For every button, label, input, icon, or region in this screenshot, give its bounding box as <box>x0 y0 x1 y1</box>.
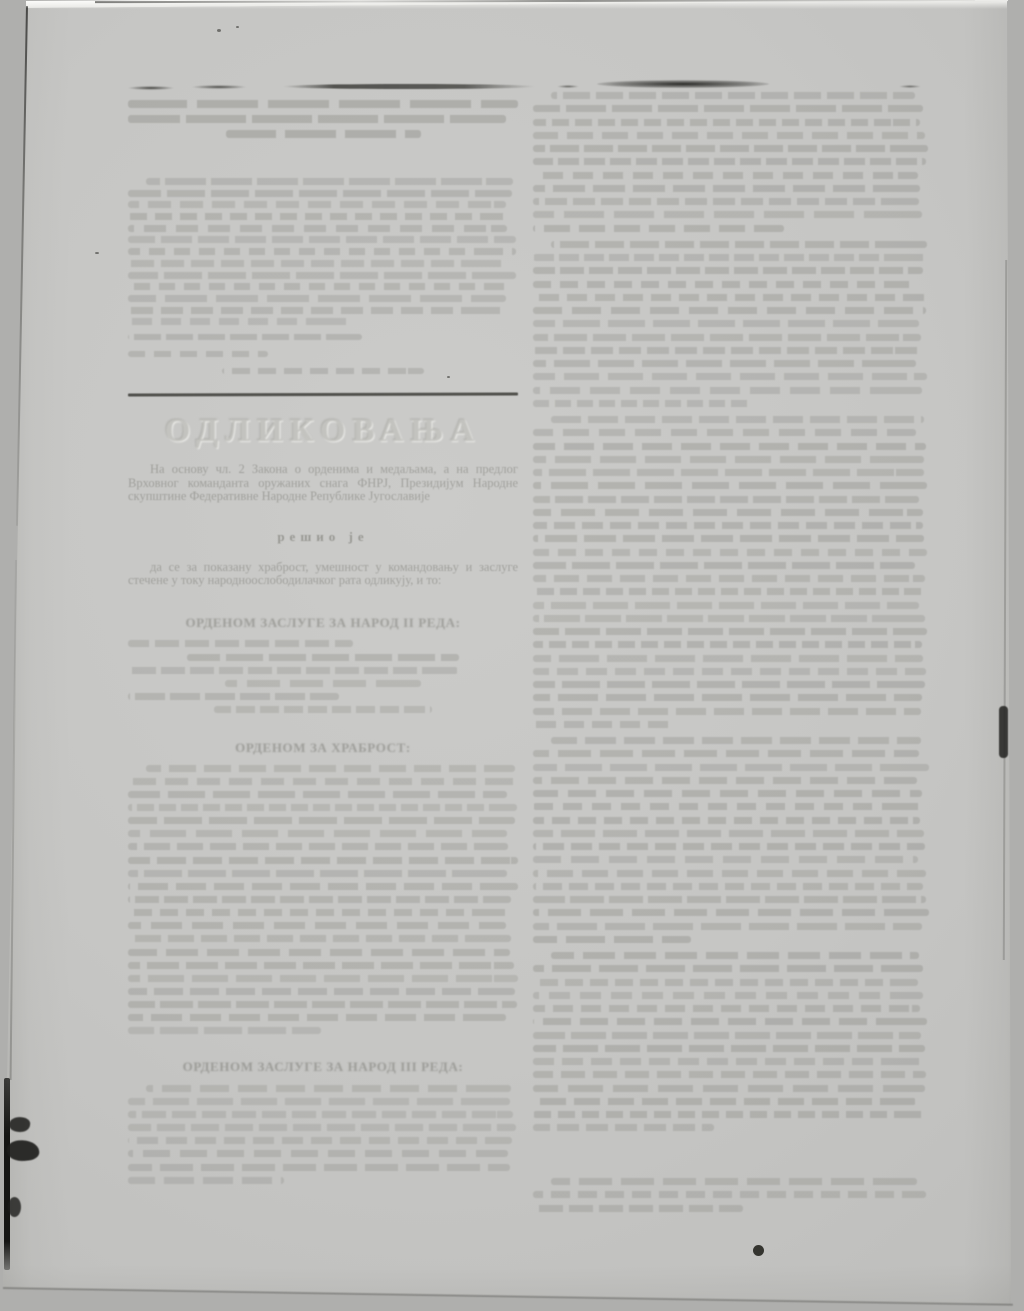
faded-text-line <box>128 225 507 232</box>
faded-text-line <box>533 641 922 648</box>
resolution-body: да се за показану храброст, умешност у к… <box>128 561 518 587</box>
ink-smudge-rule <box>128 86 174 90</box>
faded-text-line <box>533 602 919 609</box>
faded-text-line <box>146 178 513 185</box>
faded-text-line <box>533 509 923 516</box>
faded-text-line <box>533 896 926 903</box>
faded-text-line <box>128 236 516 243</box>
spacer <box>128 756 518 765</box>
faded-text-line <box>533 119 920 126</box>
section-title-order-merit-2: ОРДЕНОМ ЗАСЛУГЕ ЗА НАРОД II РЕДА: <box>128 615 518 631</box>
faded-text-line <box>128 295 506 302</box>
decree-preamble: На основу чл. 2 Закона о орденима и меда… <box>128 463 518 503</box>
faded-text-line <box>533 803 927 810</box>
left-text-column: ОДЛИКОВАЊАНа основу чл. 2 Закона о орден… <box>128 100 518 1190</box>
faded-text-line <box>533 347 921 354</box>
faded-text-line <box>533 965 923 972</box>
faded-text-line <box>146 765 515 772</box>
faded-text-line <box>222 368 425 375</box>
spacer <box>533 1138 929 1178</box>
faded-text-line <box>128 201 506 208</box>
faded-text-line <box>533 883 923 890</box>
spacer <box>128 587 518 615</box>
faded-text-line <box>533 1032 921 1039</box>
faded-text-line <box>128 870 507 877</box>
faded-text-line <box>533 429 916 436</box>
ink-smudge-rule <box>597 80 769 88</box>
spacer <box>128 145 518 178</box>
faded-text-line <box>533 443 926 450</box>
faded-text-line <box>128 693 339 700</box>
faded-text-line <box>128 922 506 929</box>
scan-right-ink-mark <box>999 706 1008 758</box>
faded-text-line <box>128 1150 508 1157</box>
faded-text-line <box>128 640 353 647</box>
faded-text-line <box>533 764 929 771</box>
spacer <box>128 631 518 640</box>
faded-text-line <box>533 870 926 877</box>
faded-text-line <box>533 1018 927 1025</box>
faded-text-line <box>533 843 925 850</box>
faded-text-line <box>128 1164 510 1171</box>
faded-heading-line <box>226 130 421 138</box>
faded-text-line <box>551 92 915 99</box>
faded-text-line <box>533 469 924 476</box>
faded-text-line <box>128 1124 516 1131</box>
faded-text-line <box>128 830 507 837</box>
paper-speck <box>447 376 450 378</box>
faded-text-line <box>551 737 921 744</box>
faded-text-line <box>533 1045 925 1052</box>
faded-text-line <box>533 334 921 341</box>
faded-text-line <box>533 105 923 112</box>
faded-text-line <box>128 949 510 956</box>
spacer <box>128 545 518 561</box>
faded-text-line <box>128 1098 510 1105</box>
faded-text-line <box>128 334 362 341</box>
faded-text-line <box>533 1005 920 1012</box>
faded-text-line <box>128 935 511 942</box>
faded-text-line <box>533 1071 926 1078</box>
section-title-order-merit-3: ОРДЕНОМ ЗАСЛУГЕ ЗА НАРОД III РЕДА: <box>128 1059 518 1075</box>
faded-text-line <box>533 535 924 542</box>
right-text-column <box>533 92 929 1218</box>
faded-text-line <box>533 198 919 205</box>
faded-text-line <box>533 830 924 837</box>
faded-text-line <box>128 190 512 197</box>
spacer <box>128 1041 518 1059</box>
faded-text-line <box>128 1111 513 1118</box>
faded-text-line <box>533 267 923 274</box>
faded-text-line <box>533 522 923 529</box>
faded-text-line <box>128 857 518 864</box>
faded-text-line <box>533 1205 743 1212</box>
faded-text-line <box>533 132 925 139</box>
faded-text-line <box>533 1124 714 1131</box>
document-page: ОДЛИКОВАЊАНа основу чл. 2 Закона о орден… <box>0 0 1024 1311</box>
faded-text-line <box>533 294 926 301</box>
scan-left-black-bar <box>4 1078 10 1270</box>
ink-smudge-rule <box>192 85 246 89</box>
faded-text-line <box>533 1098 916 1105</box>
faded-heading-line <box>128 100 518 108</box>
faded-text-line <box>533 549 927 556</box>
faded-text-line <box>533 387 922 394</box>
resolution-lead: решио је <box>128 529 518 545</box>
faded-text-line <box>533 588 923 595</box>
spacer <box>128 503 518 529</box>
faded-text-line <box>128 804 517 811</box>
faded-text-line <box>128 791 507 798</box>
faded-text-line <box>128 975 518 982</box>
faded-text-line <box>551 952 919 959</box>
faded-text-line <box>128 962 514 969</box>
faded-text-line <box>128 1137 512 1144</box>
faded-text-line <box>533 668 926 675</box>
faded-text-line <box>533 936 691 943</box>
faded-text-line <box>533 923 922 930</box>
faded-text-line <box>128 1014 506 1021</box>
faded-text-line <box>128 667 458 674</box>
faded-text-line <box>128 1027 321 1034</box>
faded-text-line <box>533 281 918 288</box>
faded-heading-line <box>128 115 506 123</box>
faded-text-line <box>128 351 268 358</box>
faded-text-line <box>533 482 927 489</box>
faded-text-line <box>533 456 924 463</box>
ink-smudge-rule <box>899 85 921 88</box>
faded-text-line <box>533 307 926 314</box>
decorations-heading: ОДЛИКОВАЊА <box>128 411 518 451</box>
faded-text-line <box>187 654 459 661</box>
faded-text-line <box>533 373 927 380</box>
ink-dot <box>753 1245 764 1256</box>
faded-text-line <box>533 750 919 757</box>
faded-text-line <box>533 1085 925 1092</box>
faded-text-line <box>551 1178 917 1185</box>
faded-text-line <box>128 248 516 255</box>
ink-smudge-rule <box>283 84 535 89</box>
faded-text-line <box>533 856 918 863</box>
faded-text-line <box>533 185 920 192</box>
faded-text-line <box>533 909 929 916</box>
faded-text-line <box>533 145 928 152</box>
scan-left-ink-blob <box>8 1197 21 1217</box>
faded-text-line <box>533 694 922 701</box>
faded-text-line <box>533 1058 927 1065</box>
faded-text-line <box>533 708 921 715</box>
faded-text-line <box>533 172 918 179</box>
section-title-order-bravery: ОРДЕНОМ ЗА ХРАБРОСТ: <box>128 740 518 756</box>
faded-text-line <box>533 979 918 986</box>
faded-text-line <box>128 1001 517 1008</box>
faded-text-line <box>533 254 927 261</box>
faded-text-line <box>533 360 916 367</box>
faded-text-line <box>128 318 351 325</box>
faded-text-line <box>214 706 432 713</box>
spacer <box>128 720 518 740</box>
faded-text-line <box>533 400 753 407</box>
faded-text-line <box>533 211 922 218</box>
faded-text-line <box>533 817 920 824</box>
faded-text-line <box>225 680 422 687</box>
faded-text-line <box>533 225 784 232</box>
faded-text-line <box>533 790 922 797</box>
faded-text-line <box>533 575 925 582</box>
spacer <box>128 1075 518 1085</box>
paper-speck <box>95 252 99 254</box>
faded-text-line <box>533 320 919 327</box>
faded-text-line <box>533 628 927 635</box>
faded-text-line <box>128 883 518 890</box>
faded-text-line <box>533 1191 926 1198</box>
faded-text-line <box>533 496 919 503</box>
ink-smudge-rule <box>557 85 579 88</box>
faded-text-line <box>128 778 517 785</box>
faded-text-line <box>146 1085 511 1092</box>
faded-text-line <box>128 260 505 267</box>
faded-text-line <box>128 843 508 850</box>
faded-text-line <box>128 213 509 220</box>
faded-text-line <box>533 615 925 622</box>
faded-text-line <box>533 158 926 165</box>
paper-speck <box>217 29 221 32</box>
faded-text-line <box>128 283 507 290</box>
faded-text-line <box>533 992 923 999</box>
faded-text-line <box>128 909 507 916</box>
faded-text-line <box>533 562 915 569</box>
faded-text-line <box>128 307 505 314</box>
faded-text-line <box>128 988 515 995</box>
faded-text-line <box>128 1177 284 1184</box>
faded-text-line <box>533 721 673 728</box>
paper-speck <box>236 26 239 28</box>
faded-text-line <box>551 241 927 248</box>
faded-text-line <box>128 896 511 903</box>
faded-text-line <box>128 817 515 824</box>
faded-text-line <box>533 777 917 784</box>
scanned-gazette-page-backdrop: { "heading": { "title": "ОДЛИКОВАЊА" }, … <box>0 0 1024 1311</box>
spacer <box>128 395 518 411</box>
faded-text-line <box>533 655 923 662</box>
faded-text-line <box>128 272 516 279</box>
faded-text-line <box>533 681 925 688</box>
faded-text-line <box>533 1111 927 1118</box>
faded-text-line <box>551 416 924 423</box>
